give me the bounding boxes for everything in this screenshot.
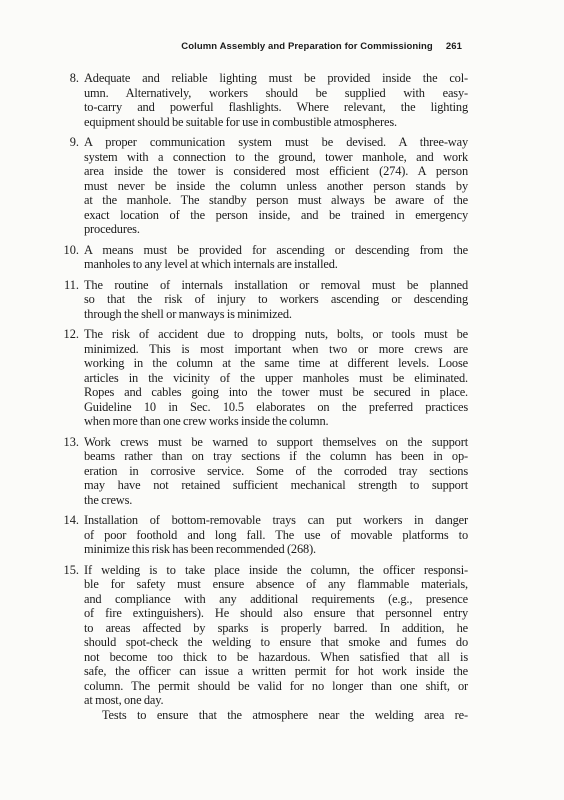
list-item: 12.The risk of accident due to dropping … [60,327,468,429]
list-item-number: 11. [60,278,79,322]
list-item-text: The risk of accident due to dropping nut… [84,327,468,429]
text-line: The risk of accident due to dropping nut… [84,327,468,342]
text-line: may have not retained sufficient mechani… [84,478,468,493]
text-line: through the shell or manways is minimize… [84,307,468,322]
list-item-text: If welding is to take place inside the c… [84,563,468,708]
text-line: Ropes and cables going into the tower mu… [84,385,468,400]
text-line: Work crews must be warned to support the… [84,435,468,450]
text-line: ble for safety must ensure absence of an… [84,577,468,592]
list-item: 10.A means must be provided for ascendin… [60,243,468,272]
text-line: at most, one day. [84,693,468,708]
closing-paragraph: Tests to ensure that the atmosphere near… [84,708,468,723]
list-item: 8.Adequate and reliable lighting must be… [60,71,468,129]
text-line: Tests to ensure that the atmosphere near… [84,708,468,723]
text-line: should spot-check the welding to ensure … [84,635,468,650]
text-line: articles in the vicinity of the upper ma… [84,371,468,386]
text-line: safe, the officer can issue a written pe… [84,664,468,679]
text-line: at the manhole. The standby person must … [84,193,468,208]
text-line: eration in corrosive service. Some of th… [84,464,468,479]
text-line: to areas affected by sparks is properly … [84,621,468,636]
list-item: 14.Installation of bottom-removable tray… [60,513,468,557]
text-line: Guideline 10 in Sec. 10.5 elaborates on … [84,400,468,415]
text-line: procedures. [84,222,468,237]
running-header-title: Column Assembly and Preparation for Comm… [181,41,433,52]
text-line: system with a connection to the ground, … [84,150,468,165]
text-line: the crews. [84,493,468,508]
text-line: working in the column at the same time a… [84,356,468,371]
running-header: Column Assembly and Preparation for Comm… [0,41,462,52]
list-item: 11.The routine of internals installation… [60,278,468,322]
page-body: 8.Adequate and reliable lighting must be… [60,71,468,722]
text-line: to-carry and powerful flashlights. Where… [84,100,468,115]
text-line: If welding is to take place inside the c… [84,563,468,578]
text-line: beams rather than on tray sections if th… [84,449,468,464]
list-item: 15.If welding is to take place inside th… [60,563,468,708]
list-item-number: 8. [60,71,79,129]
list-item-number: 9. [60,135,79,237]
text-line: when more than one crew works inside the… [84,414,468,429]
text-line: manholes to any level at which internals… [84,257,468,272]
list-item-text: A means must be provided for ascending o… [84,243,468,272]
numbered-guidelines-list: 8.Adequate and reliable lighting must be… [60,71,468,708]
book-page: Column Assembly and Preparation for Comm… [0,0,564,800]
text-line: minimized. This is most important when t… [84,342,468,357]
text-line: not become too thick to be hazardous. Wh… [84,650,468,665]
text-line: A proper communication system must be de… [84,135,468,150]
text-line: of poor foothold and long fall. The use … [84,528,468,543]
list-item-text: Work crews must be warned to support the… [84,435,468,508]
list-item-number: 14. [60,513,79,557]
list-item-number: 10. [60,243,79,272]
list-item-text: The routine of internals installation or… [84,278,468,322]
text-line: must never be inside the column unless a… [84,179,468,194]
list-item-number: 13. [60,435,79,508]
text-line: umn. Alternatively, workers should be su… [84,86,468,101]
text-line: Installation of bottom-removable trays c… [84,513,468,528]
text-line: and compliance with any additional requi… [84,592,468,607]
list-item-text: Adequate and reliable lighting must be p… [84,71,468,129]
text-line: equipment should be suitable for use in … [84,115,468,130]
list-item: 9.A proper communication system must be … [60,135,468,237]
text-line: Adequate and reliable lighting must be p… [84,71,468,86]
list-item: 13.Work crews must be warned to support … [60,435,468,508]
list-item-number: 15. [60,563,79,708]
text-line: so that the risk of injury to workers as… [84,292,468,307]
text-line: The routine of internals installation or… [84,278,468,293]
text-line: minimize this risk has been recommended … [84,542,468,557]
list-item-text: A proper communication system must be de… [84,135,468,237]
list-item-number: 12. [60,327,79,429]
text-line: exact location of the person inside, and… [84,208,468,223]
text-line: of fire extinguishers). He should also e… [84,606,468,621]
list-item-text: Installation of bottom-removable trays c… [84,513,468,557]
text-line: column. The permit should be valid for n… [84,679,468,694]
text-line: A means must be provided for ascending o… [84,243,468,258]
text-line: area inside the tower is considered most… [84,164,468,179]
page-number: 261 [446,41,462,52]
